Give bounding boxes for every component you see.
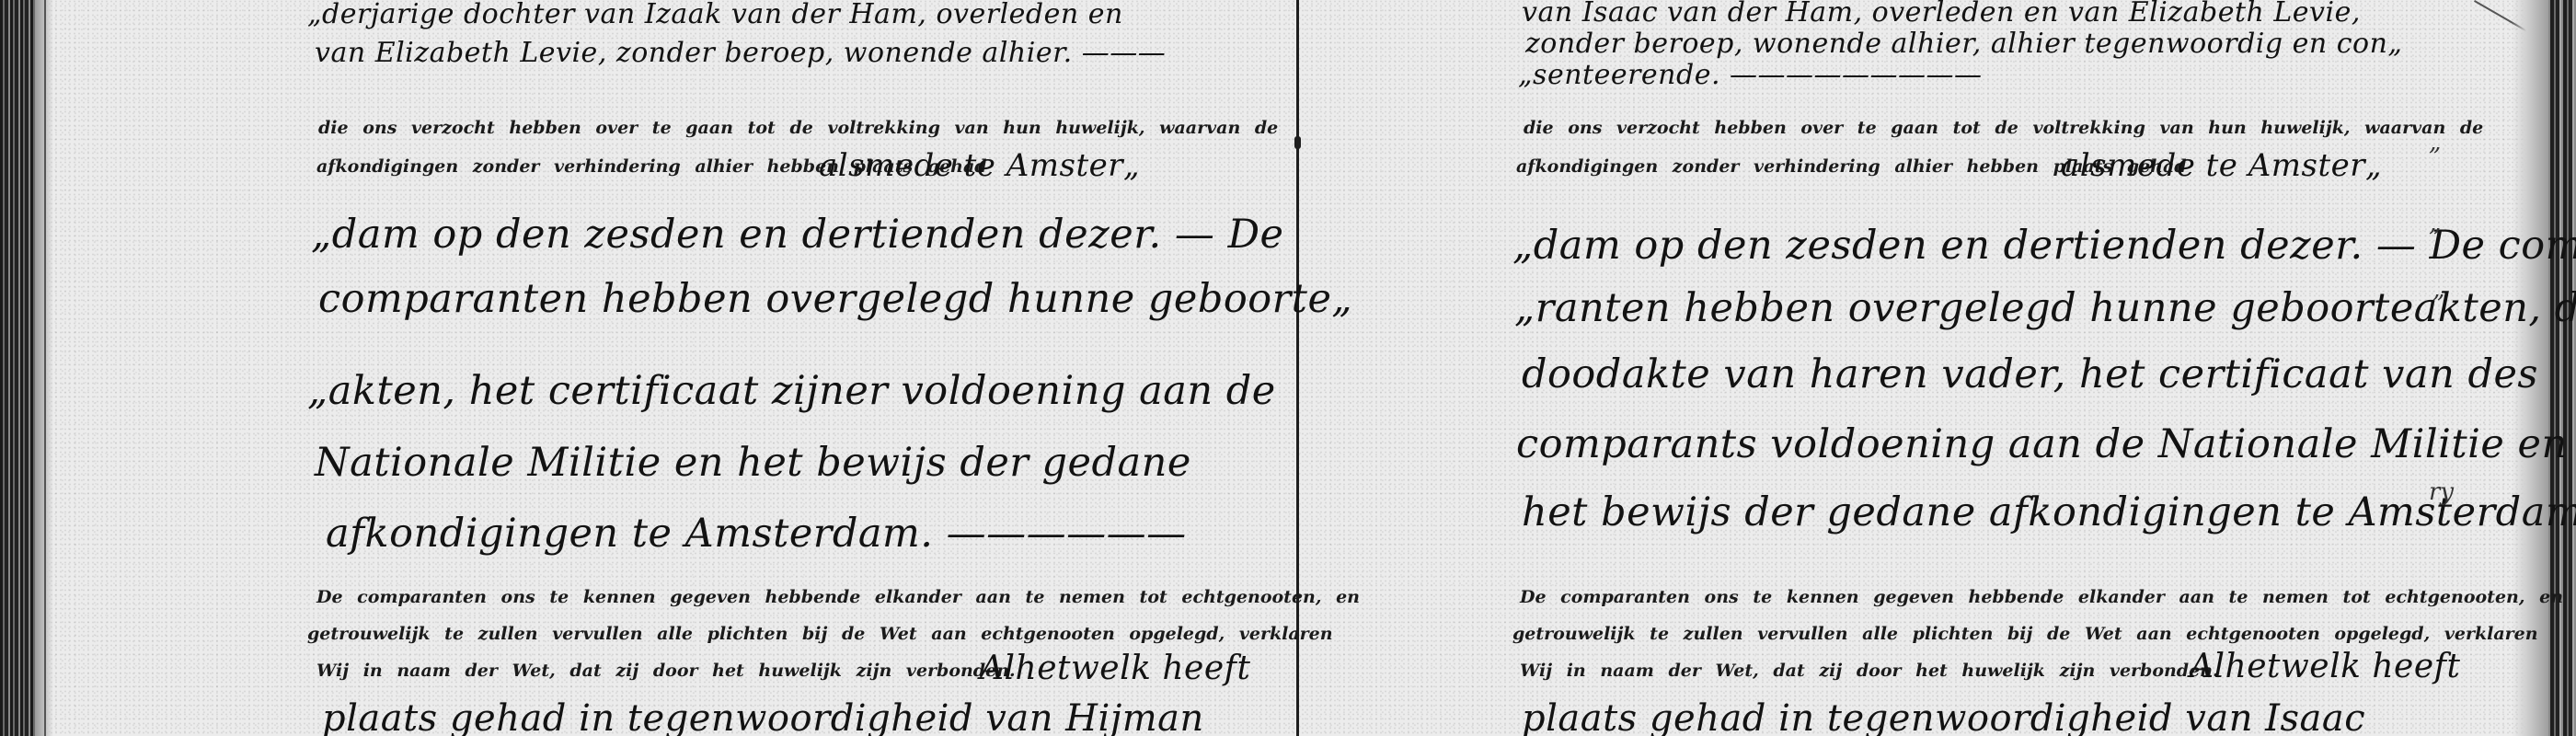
handwritten-closing-line-1: Alhetwelk heeft xyxy=(980,650,1250,687)
binding-edge-line-left xyxy=(44,0,46,736)
handwritten-body-line-3: doodakte van haren vader, het certificaa… xyxy=(1522,351,2538,397)
handwritten-intro-line-2: zonder beroep, wonende alhier, alhier te… xyxy=(1525,28,2402,60)
handwritten-intro-line-1: „derjarige dochter van Izaak van der Ham… xyxy=(307,0,1123,30)
printed-declaration-line-2: getrouwelijk te zullen vervullen alle pl… xyxy=(1512,624,2538,644)
printed-declaration-line-1: De comparanten ons te kennen gegeven heb… xyxy=(316,587,1360,607)
handwritten-request-tail: alsmede te Amster„ xyxy=(819,147,1140,184)
margin-mark-4: ry xyxy=(2429,478,2454,506)
handwritten-closing-line-2: plaats gehad in tegenwoordigheid van Isa… xyxy=(1522,697,2365,736)
handwritten-body-line-5: het bewijs der gedane afkondigingen te A… xyxy=(1522,489,2576,535)
handwritten-body-line-1: „dam op den zesden en dertienden dezer. … xyxy=(311,212,1284,258)
page-divider-thread-mark xyxy=(1294,136,1301,149)
printed-declaration-line-3: Wij in naam der Wet, dat zij door het hu… xyxy=(316,661,1016,681)
handwritten-intro-line-2: van Elizabeth Levie, zonder beroep, wone… xyxy=(315,37,1166,69)
handwritten-closing-line-1: Alhetwelk heeft xyxy=(2190,648,2460,685)
printed-declaration-line-3: Wij in naam der Wet, dat zij door het hu… xyxy=(1520,661,2219,681)
handwritten-body-line-2: „ranten hebben overgelegd hunne geboorte… xyxy=(1514,285,2576,331)
printed-request-line-1: die ons verzocht hebben over te gaan tot… xyxy=(1524,118,2483,138)
handwritten-closing-line-2: plaats gehad in tegenwoordigheid van Hij… xyxy=(322,697,1204,736)
left-page: „derjarige dochter van Izaak van der Ham… xyxy=(304,0,1288,736)
handwritten-body-line-5: afkondigingen te Amsterdam. —————— xyxy=(326,511,1187,557)
printed-declaration-line-1: De comparanten ons te kennen gegeven heb… xyxy=(1520,587,2563,607)
handwritten-intro-line-3: „senteerende. ————————— xyxy=(1518,59,1983,91)
handwritten-intro-line-1: van Isaac van der Ham, overleden en van … xyxy=(1522,0,2361,29)
handwritten-body-line-1: „dam op den zesden en dertienden dezer. … xyxy=(1512,223,2576,269)
handwritten-body-line-3: „akten, het certificaat zijner voldoenin… xyxy=(307,368,1276,414)
margin-mark-2: „ xyxy=(2429,210,2441,237)
handwritten-body-line-4: comparants voldoening aan de Nationale M… xyxy=(1516,421,2568,467)
printed-request-line-1: die ons verzocht hebben over te gaan tot… xyxy=(318,118,1278,138)
scanned-register-spread: „derjarige dochter van Izaak van der Ham… xyxy=(0,0,2576,736)
book-binding-right xyxy=(2548,0,2576,736)
book-binding-left xyxy=(0,0,35,736)
handwritten-request-tail: alsmede te Amster„ xyxy=(2061,147,2382,184)
margin-mark-1: „ xyxy=(2429,129,2441,156)
right-page: van Isaac van der Ham, overleden en van … xyxy=(1509,0,2502,736)
margin-mark-3: „ xyxy=(2432,276,2444,304)
handwritten-body-line-2: comparanten hebben overgelegd hunne gebo… xyxy=(318,276,1352,322)
printed-declaration-line-2: getrouwelijk te zullen vervullen alle pl… xyxy=(307,624,1333,644)
handwritten-body-line-4: Nationale Militie en het bewijs der geda… xyxy=(315,440,1191,486)
